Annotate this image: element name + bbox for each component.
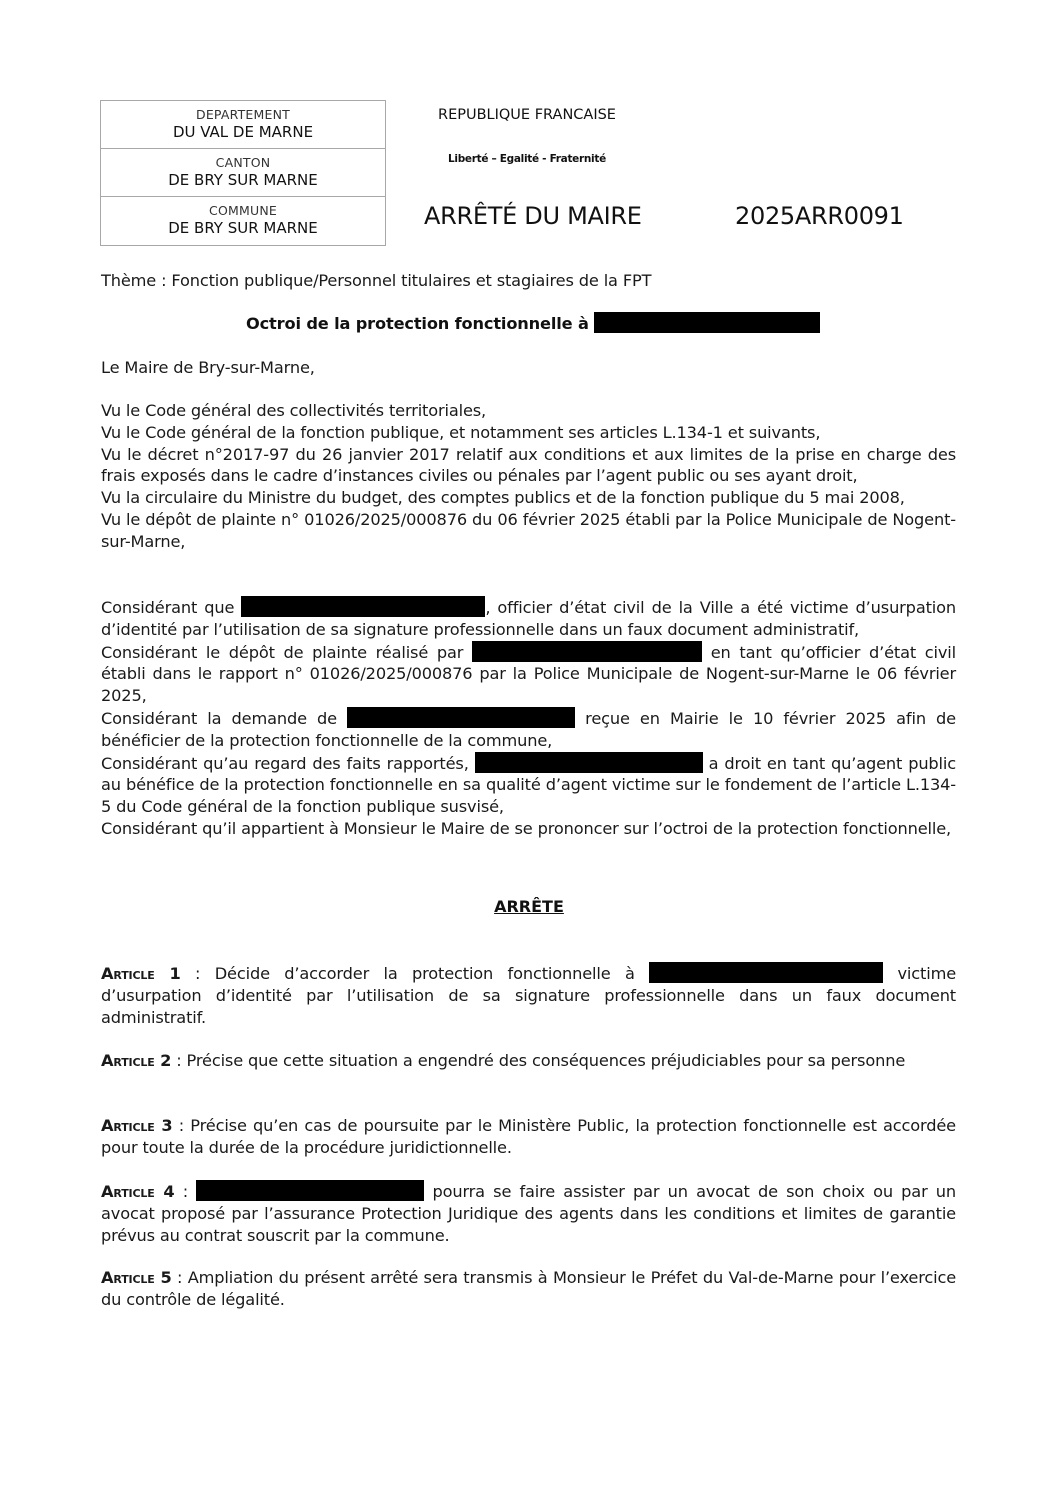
article-separator: : xyxy=(181,964,215,983)
article-separator: : xyxy=(174,1182,196,1201)
subject-text: Octroi de la protection fonctionnelle à xyxy=(246,314,589,333)
visa-item: Vu le dépôt de plainte n° 01026/2025/000… xyxy=(101,509,956,553)
redacted-name xyxy=(649,962,883,983)
redacted-name xyxy=(241,596,485,617)
visa-item: Vu la circulaire du Ministre du budget, … xyxy=(101,487,956,509)
considerant-item: Considérant la demande de reçue en Mairi… xyxy=(101,707,956,752)
cell-value: DU VAL DE MARNE xyxy=(101,123,385,142)
redacted-name xyxy=(472,641,702,662)
considerant-text: Considérant que xyxy=(101,598,234,617)
considerant-item: Considérant qu’au regard des faits rappo… xyxy=(101,752,956,818)
considerant-text: Considérant le dépôt de plainte réalisé … xyxy=(101,643,463,662)
subject-line: Octroi de la protection fonctionnelle à xyxy=(246,312,820,335)
article-label: Article 1 xyxy=(101,964,181,983)
national-motto: Liberté – Egalité - Fraternité xyxy=(448,153,606,165)
header-cell-commune: COMMUNE DE BRY SUR MARNE xyxy=(101,197,385,245)
cell-value: DE BRY SUR MARNE xyxy=(101,219,385,238)
article-text: Décide d’accorder la protection fonction… xyxy=(215,964,635,983)
article-text: Ampliation du présent arrêté sera transm… xyxy=(101,1268,956,1309)
redacted-name xyxy=(475,752,703,773)
article-2: Article 2 : Précise que cette situation … xyxy=(101,1050,956,1072)
redacted-name xyxy=(196,1180,424,1201)
article-4: Article 4 : pourra se faire assister par… xyxy=(101,1180,956,1246)
considerant-text: Considérant qu’il appartient à Monsieur … xyxy=(101,819,951,838)
visa-item: Vu le Code général de la fonction publiq… xyxy=(101,422,956,444)
visa-item: Vu le Code général des collectivités ter… xyxy=(101,400,956,422)
visas-block: Vu le Code général des collectivités ter… xyxy=(101,400,956,553)
cell-label: COMMUNE xyxy=(101,203,385,219)
article-separator: : xyxy=(171,1051,186,1070)
article-label: Article 2 xyxy=(101,1051,171,1070)
considerant-item: Considérant le dépôt de plainte réalisé … xyxy=(101,641,956,707)
header-cell-departement: DEPARTEMENT DU VAL DE MARNE xyxy=(101,101,385,149)
article-separator: : xyxy=(173,1116,191,1135)
article-label: Article 5 xyxy=(101,1268,172,1287)
article-1: Article 1 : Décide d’accorder la protect… xyxy=(101,962,956,1028)
considerant-item: Considérant qu’il appartient à Monsieur … xyxy=(101,818,956,840)
considerant-text: Considérant la demande de xyxy=(101,709,337,728)
redacted-name xyxy=(347,707,575,728)
mayor-intro: Le Maire de Bry-sur-Marne, xyxy=(101,357,956,379)
cell-label: DEPARTEMENT xyxy=(101,107,385,123)
visa-item: Vu le décret n°2017-97 du 26 janvier 201… xyxy=(101,444,956,488)
considerant-item: Considérant que , officier d’état civil … xyxy=(101,596,956,641)
cell-label: CANTON xyxy=(101,155,385,171)
considerants-block: Considérant que , officier d’état civil … xyxy=(101,596,956,840)
cell-value: DE BRY SUR MARNE xyxy=(101,171,385,190)
theme-line: Thème : Fonction publique/Personnel titu… xyxy=(101,270,956,292)
republic-heading: REPUBLIQUE FRANCAISE xyxy=(438,107,616,123)
document-number: 2025ARR0091 xyxy=(735,202,904,230)
article-separator: : xyxy=(172,1268,188,1287)
decision-heading: ARRÊTE xyxy=(0,897,1058,916)
considerant-text: Considérant qu’au regard des faits rappo… xyxy=(101,754,469,773)
header-admin-table: DEPARTEMENT DU VAL DE MARNE CANTON DE BR… xyxy=(100,100,386,246)
article-5: Article 5 : Ampliation du présent arrêté… xyxy=(101,1267,956,1311)
article-text: Précise qu’en cas de poursuite par le Mi… xyxy=(101,1116,956,1157)
article-label: Article 4 xyxy=(101,1182,174,1201)
header-cell-canton: CANTON DE BRY SUR MARNE xyxy=(101,149,385,197)
document-type: ARRÊTÉ DU MAIRE xyxy=(424,202,642,230)
article-3: Article 3 : Précise qu’en cas de poursui… xyxy=(101,1115,956,1159)
article-text: Précise que cette situation a engendré d… xyxy=(187,1051,906,1070)
article-label: Article 3 xyxy=(101,1116,173,1135)
redacted-name xyxy=(594,312,820,333)
